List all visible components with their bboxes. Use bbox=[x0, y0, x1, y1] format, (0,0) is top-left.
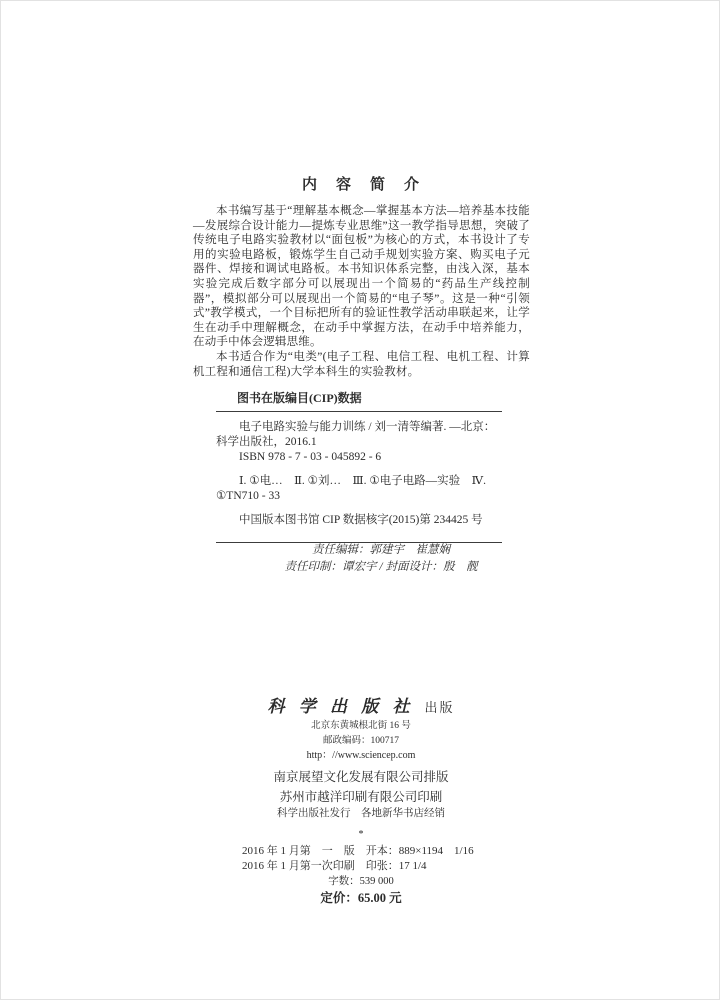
first-edition-line: 2016 年 1 月第 一 版 开本：889×1194 1/16 bbox=[242, 844, 480, 859]
distributor-line: 科学出版社发行 各地新华书店经销 bbox=[1, 809, 720, 820]
book-copyright-page: 内 容 简 介 本书编写基于“理解基本概念—掌握基本方法—培养基本技能—发展综合… bbox=[0, 0, 720, 1000]
cip-publisher-line: 科学出版社，2016.1 bbox=[216, 435, 502, 450]
publisher-address: 北京东黄城根北街 16 号 bbox=[1, 722, 720, 732]
content-summary-section: 内 容 简 介 本书编写基于“理解基本概念—掌握基本方法—培养基本技能—发展综合… bbox=[193, 173, 530, 379]
typesetter-line: 南京展望文化发展有限公司排版 bbox=[1, 771, 720, 784]
credits-section: 责任编辑：郭建宇 崔慧娴 责任印制：谭宏宇 / 封面设计：殷 靓 bbox=[211, 542, 551, 576]
print-and-cover-credits: 责任印制：谭宏宇 / 封面设计：殷 靓 bbox=[211, 559, 551, 576]
printer-line: 苏州市越洋印刷有限公司印刷 bbox=[1, 791, 720, 804]
responsible-editors: 责任编辑：郭建宇 崔慧娴 bbox=[211, 542, 551, 559]
word-count: 字数：539 000 bbox=[1, 874, 720, 889]
cip-body: 电子电路实验与能力训练 / 刘一清等编著. —北京： 科学出版社，2016.1 … bbox=[216, 412, 502, 534]
edition-info: 2016 年 1 月第 一 版 开本：889×1194 1/16 2016 年 … bbox=[242, 844, 480, 874]
publisher-name: 科 学 出 版 社 bbox=[267, 697, 414, 716]
summary-paragraph-2: 本书适合作为“电类”(电子工程、电信工程、电机工程、计算机工程和通信工程)大学本… bbox=[193, 350, 530, 379]
cip-record-number: 中国版本图书馆 CIP 数据核字(2015)第 234425 号 bbox=[216, 513, 502, 528]
publisher-name-row: 科 学 出 版 社 出版 bbox=[1, 698, 720, 716]
cip-data-block: 图书在版编目(CIP)数据 电子电路实验与能力训练 / 刘一清等编著. —北京：… bbox=[216, 391, 502, 543]
imprint-section: 科 学 出 版 社 出版 北京东黄城根北街 16 号 邮政编码：100717 h… bbox=[1, 698, 720, 904]
publisher-website: http：//www.sciencep.com bbox=[1, 751, 720, 761]
summary-title: 内 容 简 介 bbox=[193, 173, 530, 194]
cip-classification-line-2: ①TN710 - 33 bbox=[216, 489, 502, 504]
asterisk-separator: * bbox=[1, 830, 720, 840]
price: 定价：65.00 元 bbox=[1, 892, 720, 905]
publisher-postcode: 邮政编码：100717 bbox=[1, 737, 720, 747]
cip-classification-line-1: Ⅰ. ①电… Ⅱ. ①刘… Ⅲ. ①电子电路—实验 Ⅳ. bbox=[216, 474, 502, 489]
summary-paragraph-1: 本书编写基于“理解基本概念—掌握基本方法—培养基本技能—发展综合设计能力—提炼专… bbox=[193, 204, 530, 350]
first-printing-line: 2016 年 1 月第一次印刷 印张：17 1/4 bbox=[242, 859, 480, 874]
cip-title-line: 电子电路实验与能力训练 / 刘一清等编著. —北京： bbox=[216, 420, 502, 435]
cip-header: 图书在版编目(CIP)数据 bbox=[216, 391, 502, 406]
cip-isbn: ISBN 978 - 7 - 03 - 045892 - 6 bbox=[216, 450, 502, 465]
publish-label: 出版 bbox=[424, 700, 454, 715]
